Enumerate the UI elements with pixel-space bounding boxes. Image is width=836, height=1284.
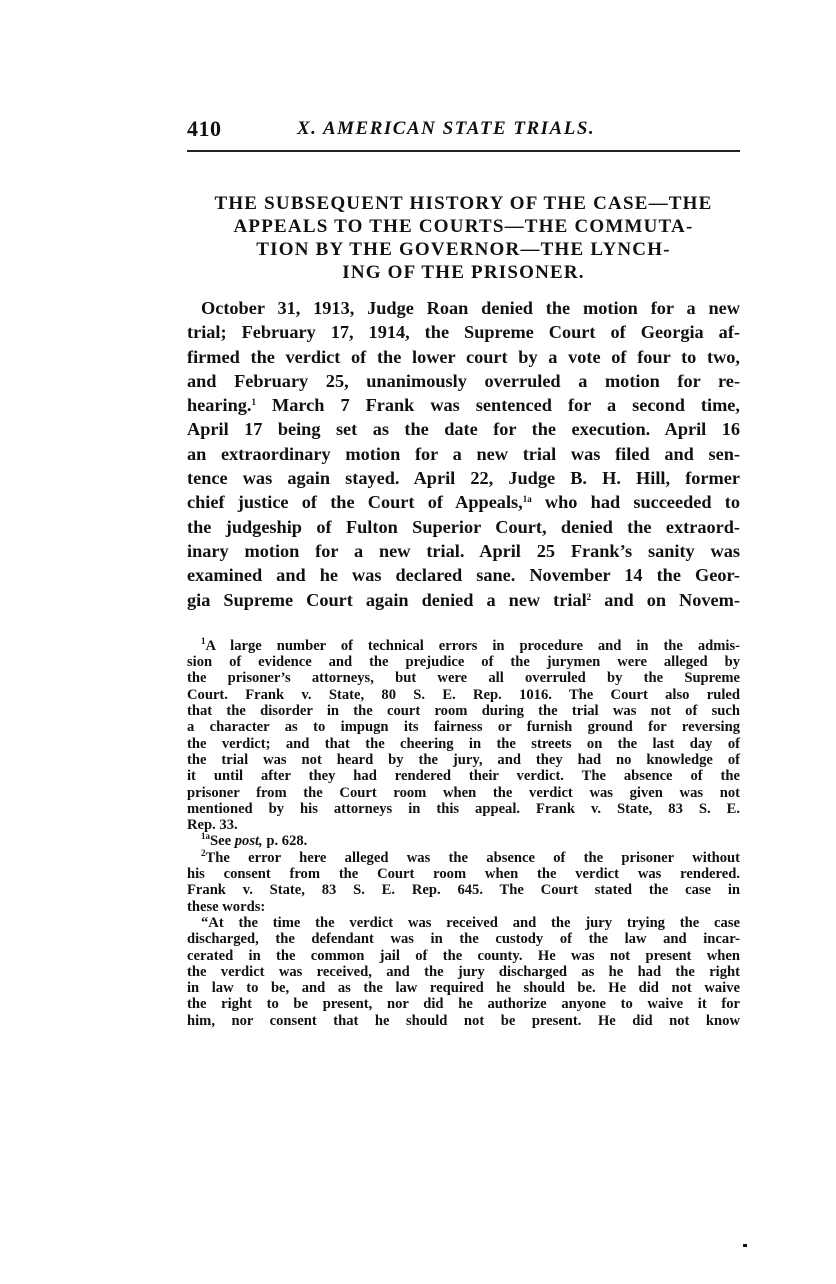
footnote-line: in law to be, and as the law required he… — [187, 980, 740, 996]
body-line: firmed the verdict of the lower court by… — [187, 345, 740, 369]
footnote-line: sion of evidence and the prejudice of th… — [187, 654, 740, 670]
footnote-line: the verdict; and that the cheering in th… — [187, 736, 740, 752]
footnote-line: that the disorder in the court room duri… — [187, 703, 740, 719]
footnote-line: “At the time the verdict was received an… — [187, 915, 740, 931]
body-line: trial; February 17, 1914, the Supreme Co… — [187, 320, 740, 344]
body-line: inary motion for a new trial. April 25 F… — [187, 539, 740, 563]
footnote-line: these words: — [187, 899, 740, 915]
footnote-line: Court. Frank v. State, 80 S. E. Rep. 101… — [187, 687, 740, 703]
body-line: the judgeship of Fulton Superior Court, … — [187, 515, 740, 539]
section-title: THE SUBSEQUENT HISTORY OF THE CASE—THE A… — [187, 192, 740, 284]
body-line: gia Supreme Court again denied a new tri… — [187, 588, 740, 612]
page-number: 410 — [187, 116, 222, 142]
footnote-line: Frank v. State, 83 S. E. Rep. 645. The C… — [187, 882, 740, 898]
body-line: an extraordinary motion for a new trial … — [187, 442, 740, 466]
footnote-line: his consent from the Court room when the… — [187, 866, 740, 882]
body-line: and February 25, unanimously overruled a… — [187, 369, 740, 393]
section-title-line: THE SUBSEQUENT HISTORY OF THE CASE—THE — [187, 192, 740, 215]
footnote-marker: 1a — [201, 831, 210, 841]
footnote-line: Rep. 33. — [187, 817, 740, 833]
book-page: 410 X. AMERICAN STATE TRIALS. THE SUBSEQ… — [187, 110, 740, 1029]
section-title-line: ING OF THE PRISONER. — [187, 261, 740, 284]
running-head: 410 X. AMERICAN STATE TRIALS. — [187, 110, 740, 146]
footnote-1: 1A large number of technical errors in p… — [187, 638, 740, 654]
footnote-line: mentioned by his attorneys in this appea… — [187, 801, 740, 817]
footnote-line: prisoner from the Court room when the ve… — [187, 785, 740, 801]
scan-speck — [743, 1244, 747, 1247]
footnote-line: the trial was not heard by the jury, and… — [187, 752, 740, 768]
section-title-line: APPEALS TO THE COURTS—THE COMMUTA- — [187, 215, 740, 238]
header-rule — [187, 150, 740, 152]
footnote-line: the verdict was received, and the jury d… — [187, 964, 740, 980]
footnote-line: the prisoner’s attorneys, but were all o… — [187, 670, 740, 686]
footnote-line: discharged, the defendant was in the cus… — [187, 931, 740, 947]
footnote-line: a character as to impugn its fairness or… — [187, 719, 740, 735]
footnote-1a: 1aSee post, p. 628. — [187, 833, 740, 849]
footnote-line: cerated in the common jail of the county… — [187, 948, 740, 964]
running-title: X. AMERICAN STATE TRIALS. — [297, 118, 595, 140]
body-line: examined and he was declared sane. Novem… — [187, 563, 740, 587]
footnote-ref[interactable]: 1a — [523, 494, 532, 504]
body-line: tence was again stayed. April 22, Judge … — [187, 466, 740, 490]
footnote-line: him, nor consent that he should not be p… — [187, 1013, 740, 1029]
footnote-2: 2The error here alleged was the absence … — [187, 850, 740, 866]
body-line: October 31, 1913, Judge Roan denied the … — [187, 296, 740, 320]
body-paragraph: October 31, 1913, Judge Roan denied the … — [187, 296, 740, 612]
footnotes: 1A large number of technical errors in p… — [187, 638, 740, 1029]
body-line: chief justice of the Court of Appeals,1a… — [187, 490, 740, 514]
section-title-line: TION BY THE GOVERNOR—THE LYNCH- — [187, 238, 740, 261]
footnote-line: it until after they had rendered their v… — [187, 768, 740, 784]
footnote-line: the right to be present, nor did he auth… — [187, 996, 740, 1012]
body-line: hearing.1 March 7 Frank was sentenced fo… — [187, 393, 740, 417]
body-line: April 17 being set as the date for the e… — [187, 417, 740, 441]
